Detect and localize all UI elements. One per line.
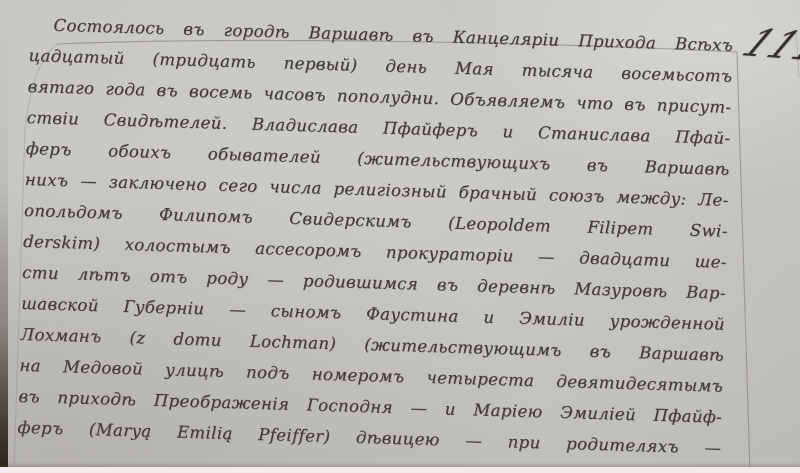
bottom-edge-strip <box>0 467 800 473</box>
manuscript-page: Состоялось въ городѣ Варшавѣ въ Канцеляр… <box>0 0 800 473</box>
page-gutter-shadow <box>0 0 8 473</box>
handwritten-text-block: Состоялось въ городѣ Варшавѣ въ Канцеляр… <box>17 9 734 464</box>
